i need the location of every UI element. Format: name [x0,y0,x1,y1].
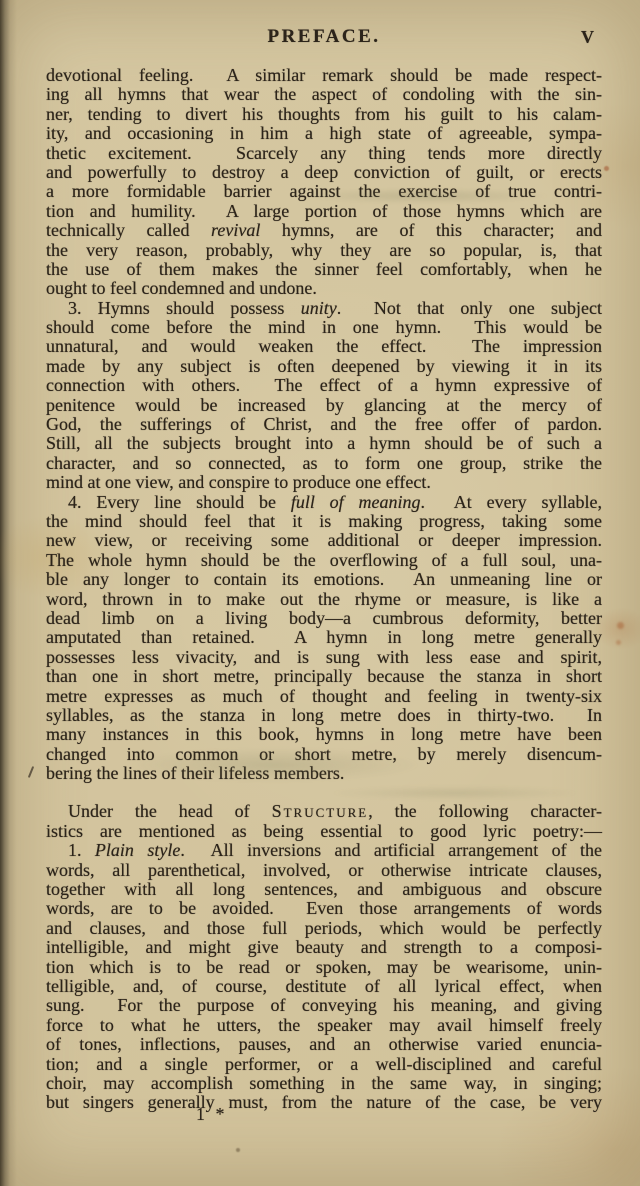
text-segment: the mind should feel that it is making p… [46,511,602,531]
text-line: and clauses, and those full periods, whi… [46,919,602,938]
text-segment: ity, and occasioning in him a high state… [46,123,602,143]
text-segment: and powerfully to destroy a deep convict… [46,162,602,182]
scanned-book-page: PREFACE. V devotional feeling. A similar… [0,0,640,1186]
text-segment: but singers generally must, from the nat… [46,1092,602,1112]
text-segment: should come before the mind in one hymn.… [46,317,602,337]
text-line: together with all long sentences, and am… [46,880,602,899]
paragraph: Under the head of Structure, the followi… [46,802,602,841]
text-segment: dead limb on a living body—a cumbrous de… [46,608,602,628]
text-line: but singers generally must, from the nat… [46,1093,602,1112]
running-title: PREFACE. [46,26,602,48]
text-segment: . All inversions and artificial arrangem… [180,840,602,860]
text-segment: bering the lines of their lifeless membe… [46,763,344,783]
text-line: The whole hymn should be the overflowing… [46,551,602,570]
text-line: ity, and occasioning in him a high state… [46,124,602,143]
text-line: tion and humility. A large portion of th… [46,202,602,221]
text-segment: thetic excitement. Scarcely any thing te… [46,143,602,163]
paragraph: 1. Plain style. All inversions and artif… [46,841,602,1112]
text-segment: choir, may accomplish something in the s… [46,1073,602,1093]
text-segment: changed into common or short metre, by m… [46,744,602,764]
text-segment: new view, or receiving some additional o… [46,530,602,550]
text-line: words, are to be avoided. Even those arr… [46,899,602,918]
text-line: istics are mentioned as being essential … [46,822,602,841]
text-segment: . At every syllable, [421,492,602,512]
text-segment: technically called [46,220,211,240]
text-segment: ought to feel condemned and undone. [46,278,317,298]
text-line: metre expresses as much of thought and f… [46,687,602,706]
text-line: bering the lines of their lifeless membe… [46,764,602,783]
foxing-speck [236,1148,240,1152]
text-segment: The whole hymn should be the overflowing… [46,550,602,570]
text-segment: word, thrown in to make out the rhyme or… [46,589,602,609]
text-segment: tion and humility. A large portion of th… [46,201,602,221]
text-line: dead limb on a living body—a cumbrous de… [46,609,602,628]
text-line: than one in short metre, principally bec… [46,667,602,686]
text-segment: , the following character- [368,801,602,821]
italic-text: Plain style [95,840,180,860]
text-line: penitence would be increased by glancing… [46,396,602,415]
text-line: a more formidable barrier against the ex… [46,182,602,201]
text-segment: connection with others. The effect of a … [46,375,602,395]
text-segment: many instances in this book, hymns in lo… [46,724,602,744]
text-line: possesses less vivacity, and is sung wit… [46,648,602,667]
text-segment: Still, all the subjects brought into a h… [46,433,602,453]
italic-text: revival [211,220,260,240]
text-line: connection with others. The effect of a … [46,376,602,395]
text-line: character, and so connected, as to form … [46,454,602,473]
text-segment: and clauses, and those full periods, whi… [46,918,602,938]
text-line: ought to feel condemned and undone. [46,279,602,298]
text-segment: devotional feeling. A similar remark sho… [46,65,602,85]
text-line: many instances in this book, hymns in lo… [46,725,602,744]
text-line: tion; and a single performer, or a well-… [46,1055,602,1074]
text-line: the use of them makes the sinner feel co… [46,260,602,279]
text-line: mind at one view, and conspire to produc… [46,473,602,492]
text-segment: 4. Every line should be [68,492,291,512]
text-segment: hymns, are of this character; and [260,220,602,240]
text-line: made by any subject is often deepened by… [46,357,602,376]
page-number: V [581,27,594,48]
text-line: ner, tending to divert his thoughts from… [46,105,602,124]
paragraph: 4. Every line should be full of meaning.… [46,493,602,784]
text-line: words, all parenthetical, involved, or o… [46,861,602,880]
text-segment: 3. Hymns should possess [68,298,301,318]
text-segment: together with all long sentences, and am… [46,879,602,899]
text-line: and powerfully to destroy a deep convict… [46,163,602,182]
text-line: the mind should feel that it is making p… [46,512,602,531]
text-line: ble any longer to contain its emotions. … [46,570,602,589]
text-segment: a more formidable barrier against the ex… [46,181,602,201]
text-line: ing all hymns that wear the aspect of co… [46,85,602,104]
text-segment: ble any longer to contain its emotions. … [46,569,602,589]
text-line: syllables, as the stanza in long metre d… [46,706,602,725]
text-segment: ner, tending to divert his thoughts from… [46,104,602,124]
text-line: sung. For the purpose of conveying his m… [46,996,602,1015]
text-segment: 1. [68,840,95,860]
text-line: 1. Plain style. All inversions and artif… [46,841,602,860]
text-segment: the very reason, probably, why they are … [46,240,602,260]
text-line: tion which is to be read or spoken, may … [46,958,602,977]
text-line: new view, or receiving some additional o… [46,531,602,550]
text-segment: God, the sufferings of Christ, and the f… [46,414,602,434]
text-segment: force to what he utters, the speaker may… [46,1015,602,1035]
text-line: amputated than retained. A hymn in long … [46,628,602,647]
paragraph: devotional feeling. A similar remark sho… [46,66,602,299]
text-segment: tion which is to be read or spoken, may … [46,957,602,977]
text-line: force to what he utters, the speaker may… [46,1016,602,1035]
text-line: changed into common or short metre, by m… [46,745,602,764]
paragraph: 3. Hymns should possess unity. Not that … [46,299,602,493]
smallcaps-text: Structure [272,801,369,821]
text-segment: unnatural, and would weaken the effect. … [46,336,602,356]
text-line: God, the sufferings of Christ, and the f… [46,415,602,434]
text-segment: words, are to be avoided. Even those arr… [46,898,602,918]
text-segment: ing all hymns that wear the aspect of co… [46,84,602,104]
text-segment: intelligible, and might give beauty and … [46,937,602,957]
text-block: devotional feeling. A similar remark sho… [46,66,602,1113]
text-segment: . Not that only one subject [337,298,602,318]
text-segment: telligible, and, of course, destitute of… [46,976,602,996]
text-segment: made by any subject is often deepened by… [46,356,602,376]
text-segment: syllables, as the stanza in long metre d… [46,705,602,725]
text-line: choir, may accomplish something in the s… [46,1074,602,1093]
text-line: thetic excitement. Scarcely any thing te… [46,144,602,163]
foxing-speck [617,622,624,629]
text-segment: amputated than retained. A hymn in long … [46,627,602,647]
text-line: 3. Hymns should possess unity. Not that … [46,299,602,318]
text-segment: Under the head of [68,801,272,821]
text-segment: tion; and a single performer, or a well-… [46,1054,602,1074]
text-segment: words, all parenthetical, involved, or o… [46,860,602,880]
text-line: 4. Every line should be full of meaning.… [46,493,602,512]
foxing-speck [604,166,609,171]
printer-signature-mark: 1 * [196,1104,228,1125]
text-segment: character, and so connected, as to form … [46,453,602,473]
text-line: should come before the mind in one hymn.… [46,318,602,337]
stray-ink-mark [28,766,34,778]
text-line: telligible, and, of course, destitute of… [46,977,602,996]
text-segment: metre expresses as much of thought and f… [46,686,602,706]
text-line: the very reason, probably, why they are … [46,241,602,260]
text-line: unnatural, and would weaken the effect. … [46,337,602,356]
text-segment: mind at one view, and conspire to produc… [46,472,431,492]
text-segment: the use of them makes the sinner feel co… [46,259,602,279]
text-line: technically called revival hymns, are of… [46,221,602,240]
text-line: Still, all the subjects brought into a h… [46,434,602,453]
text-segment: istics are mentioned as being essential … [46,821,602,841]
page-header: PREFACE. V [46,26,602,48]
text-segment: of tones, inflections, pauses, and an ot… [46,1034,602,1054]
text-segment: than one in short metre, principally bec… [46,666,602,686]
text-line: of tones, inflections, pauses, and an ot… [46,1035,602,1054]
text-segment: sung. For the purpose of conveying his m… [46,995,602,1015]
text-line: devotional feeling. A similar remark sho… [46,66,602,85]
text-segment: possesses less vivacity, and is sung wit… [46,647,602,667]
italic-text: unity [301,298,337,318]
text-segment: penitence would be increased by glancing… [46,395,602,415]
italic-text: full of meaning [291,492,421,512]
text-line: word, thrown in to make out the rhyme or… [46,590,602,609]
text-line: Under the head of Structure, the followi… [46,802,602,821]
text-line: intelligible, and might give beauty and … [46,938,602,957]
foxing-speck [616,640,621,645]
